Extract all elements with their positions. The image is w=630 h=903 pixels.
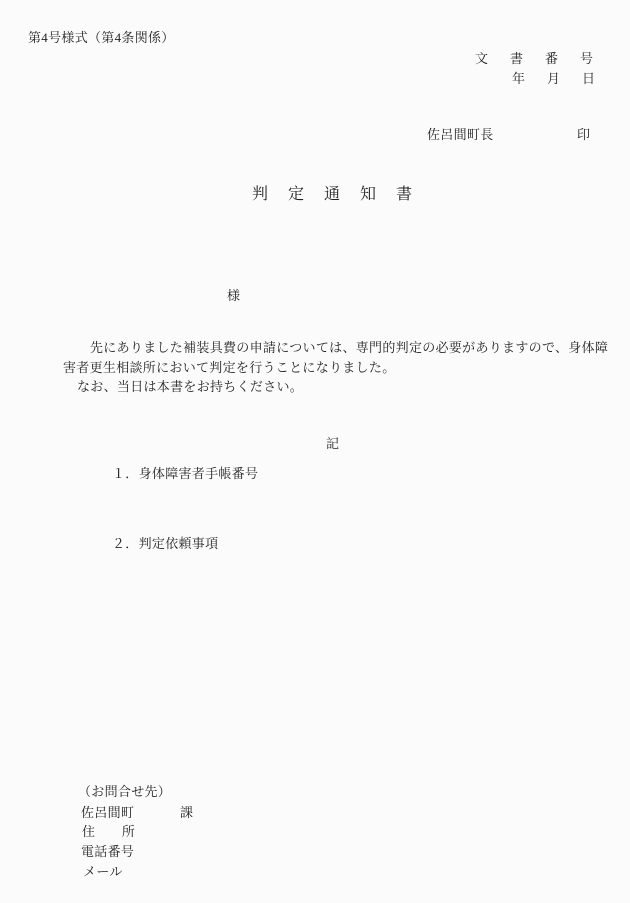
contact-email-label: メール xyxy=(83,865,123,878)
date-label: 年月日 xyxy=(512,72,617,85)
body-line-3: なお、当日は本書をお持ちください。 xyxy=(77,380,303,393)
contact-header: （お問合せ先） xyxy=(78,785,171,798)
document-number-label: 文書番号 xyxy=(475,52,615,65)
contact-address-label: 住 所 xyxy=(82,825,135,838)
seal-label: 印 xyxy=(577,128,590,141)
contact-phone-label: 電話番号 xyxy=(81,845,134,858)
mayor-name: 佐呂間町長 xyxy=(427,128,494,141)
notes-item-1: １．身体障害者手帳番号 xyxy=(112,467,258,480)
body-line-2: 害者更生相談所において判定を行うことになりました。 xyxy=(63,361,396,374)
body-line-1: 先にありました補装具費の申請については、専門的判定の必要がありますので、身体障 xyxy=(90,341,608,354)
form-number: 第4号様式（第4条関係） xyxy=(28,31,175,44)
notes-marker: 記 xyxy=(326,437,339,450)
notes-item-2: ２．判定依頼事項 xyxy=(112,537,218,550)
document-page: 第4号様式（第4条関係） 文書番号 年月日 佐呂間町長 印 判定通知書 様 先に… xyxy=(0,0,630,903)
addressee-honorific: 様 xyxy=(227,289,240,302)
document-title: 判定通知書 xyxy=(252,187,432,203)
contact-office: 佐呂間町 xyxy=(81,806,134,819)
contact-department: 課 xyxy=(180,806,193,819)
